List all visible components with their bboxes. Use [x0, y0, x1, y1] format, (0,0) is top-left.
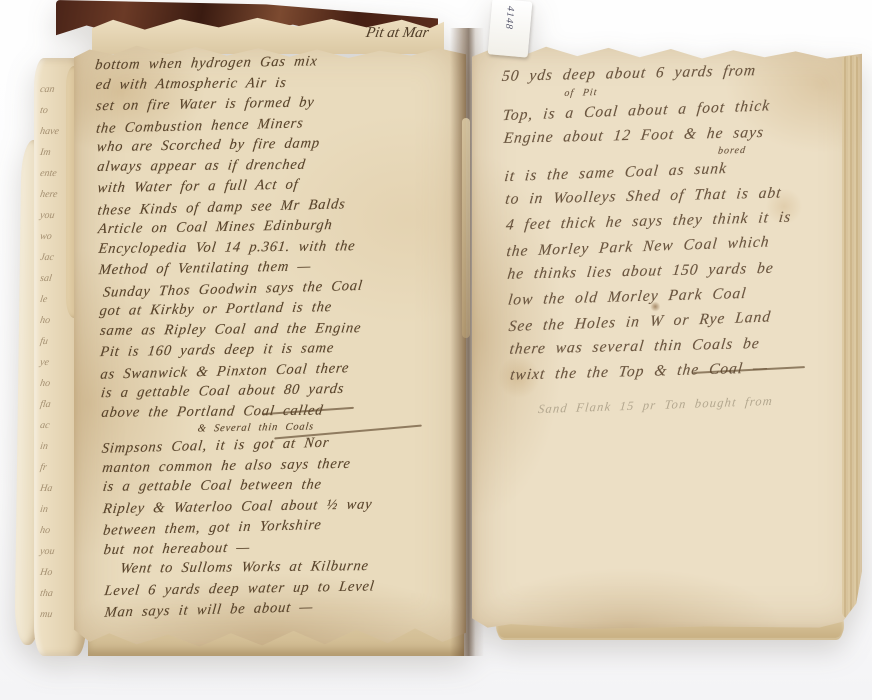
edge-fragment: ente: [39, 168, 60, 180]
left-page: bottom when hydrogen Gas mixed with Atmo…: [74, 36, 466, 648]
edge-fragment: Im: [39, 147, 60, 159]
fore-edge: [842, 56, 860, 618]
edge-fragment: sal: [39, 273, 60, 285]
edge-fragments: cantohaveImentehereyouwoJacsallehofuyeho…: [40, 84, 59, 621]
pencil-note: Sand Flank 15 pr Ton bought from: [537, 394, 774, 417]
edge-fragment: ho: [39, 378, 60, 390]
edge-fragment: ho: [39, 315, 60, 327]
notebook: cantohaveImentehereyouwoJacsallehofuyeho…: [0, 0, 872, 700]
edge-fragment: le: [39, 294, 60, 306]
edge-fragment: in: [39, 504, 60, 516]
left-page-text: bottom when hydrogen Gas mixed with Atmo…: [95, 49, 467, 622]
edge-fragment: you: [39, 210, 60, 222]
right-page: 50 yds deep about 6 yards fromof PitTop,…: [472, 42, 862, 630]
edge-fragment: here: [39, 189, 60, 201]
edge-fragment: fla: [39, 399, 60, 411]
edge-fragment: Jac: [39, 252, 60, 264]
edge-fragment: fr: [39, 462, 60, 474]
header-fragment: Pit at Mar: [364, 25, 429, 42]
edge-fragment: Ho: [39, 567, 60, 579]
edge-fragment: Ha: [39, 483, 60, 495]
bookmark-slip: 4148: [488, 0, 533, 58]
edge-fragment: fu: [39, 336, 60, 348]
edge-fragment: in: [39, 441, 60, 453]
edge-fragment: wo: [39, 231, 60, 243]
edge-fragment: tha: [39, 588, 60, 600]
edge-fragment: ac: [39, 420, 60, 432]
edge-fragment: have: [39, 126, 60, 138]
edge-fragment: ho: [39, 525, 60, 537]
edge-fragment: mu: [39, 609, 60, 621]
edge-fragment: can: [39, 84, 60, 96]
edge-fragment: ye: [39, 357, 60, 369]
edge-fragment: to: [39, 105, 60, 117]
edge-fragment: you: [39, 546, 60, 558]
slip-number: 4148: [503, 5, 516, 30]
right-page-text: 50 yds deep about 6 yards fromof PitTop,…: [502, 55, 843, 387]
photo-backdrop: cantohaveImentehereyouwoJacsallehofuyeho…: [0, 0, 872, 700]
